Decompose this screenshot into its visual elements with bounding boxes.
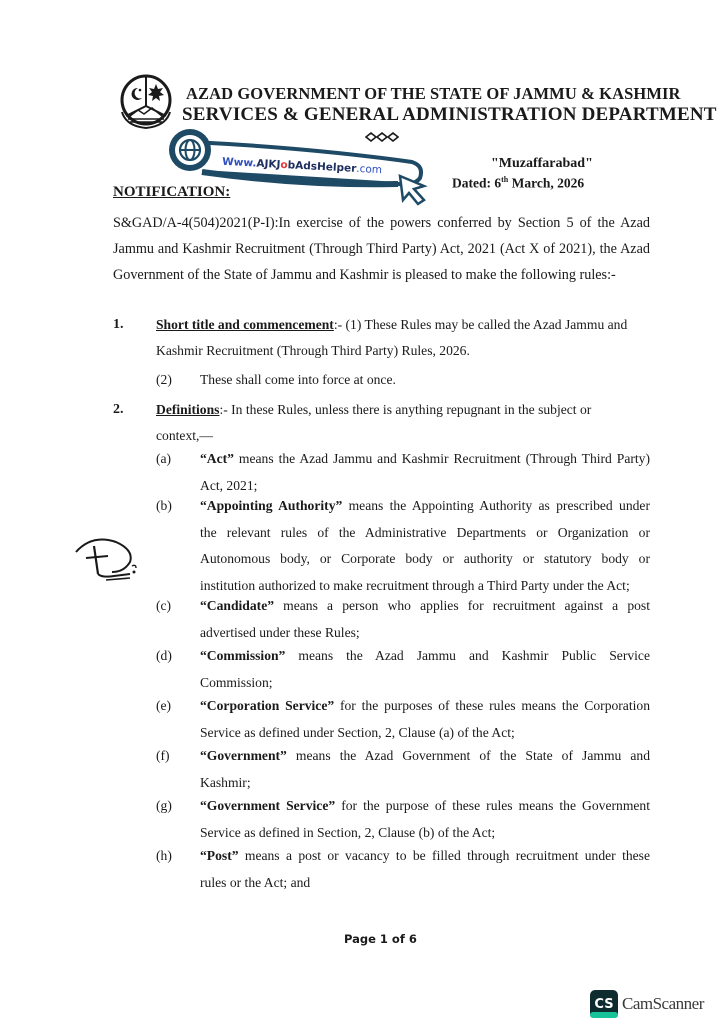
government-title: AZAD GOVERNMENT OF THE STATE OF JAMMU & … [186, 84, 681, 104]
rule-2-number: 2. [113, 402, 124, 418]
definition-line: Kashmir; [200, 775, 251, 791]
notification-title: NOTIFICATION: [113, 184, 230, 201]
rule-2-line-2: context,— [156, 428, 213, 444]
definition-line: rules or the Act; and [200, 875, 310, 891]
definition-term: “Government Service” [200, 798, 335, 813]
definition-line: Act, 2021; [200, 478, 257, 494]
definition-label: (d) [156, 648, 172, 664]
place-name: "Muzaffarabad" [491, 156, 593, 172]
definition-term: “Commission” [200, 648, 285, 663]
definition-label: (a) [156, 451, 171, 467]
definition-label: (c) [156, 598, 171, 614]
definition-term: “Candidate” [200, 598, 274, 613]
rule-2-line-1: Definitions:- In these Rules, unless the… [156, 402, 591, 418]
definition-line: Commission; [200, 675, 273, 691]
definition-line: Autonomous body, or Corporate body or au… [200, 551, 650, 567]
definition-line: “Commission” means the Azad Jammu and Ka… [200, 648, 650, 664]
definition-line: institution authorized to make recruitme… [200, 578, 630, 594]
definition-line: Service as defined in Section, 2, Clause… [200, 825, 495, 841]
camscanner-logo-icon: CS [590, 990, 618, 1023]
definition-label: (f) [156, 748, 170, 764]
department-title: SERVICES & GENERAL ADMINISTRATION DEPART… [182, 104, 717, 126]
rule-1-line-2: Kashmir Recruitment (Through Third Party… [156, 343, 470, 359]
definition-line: Service as defined under Section, 2, Cla… [200, 725, 515, 741]
rule-1-line-1: Short title and commencement:- (1) These… [156, 317, 627, 333]
handwritten-initials-icon [72, 532, 148, 591]
notification-date: Dated: 6th March, 2026 [452, 175, 584, 192]
definition-line: “Appointing Authority” means the Appoint… [200, 498, 650, 514]
camscanner-brand: CamScanner [622, 994, 704, 1014]
definition-line: the relevant rules of the Administrative… [200, 525, 650, 541]
page-number: Page 1 of 6 [344, 932, 417, 946]
rule-1-number: 1. [113, 317, 124, 333]
definition-label: (g) [156, 798, 172, 814]
definition-line: “Act” means the Azad Jammu and Kashmir R… [200, 451, 650, 467]
rule-1-sub-2-label: (2) [156, 372, 172, 388]
definition-term: “Corporation Service” [200, 698, 334, 713]
definition-term: “Appointing Authority” [200, 498, 342, 513]
preamble-paragraph: S&GAD/A-4(504)2021(P-I):In exercise of t… [113, 210, 650, 288]
svg-text:CS: CS [594, 997, 613, 1012]
definition-line: “Government” means the Azad Government o… [200, 748, 650, 764]
definition-label: (e) [156, 698, 171, 714]
definition-line: “Corporation Service” for the purposes o… [200, 698, 650, 714]
definition-label: (b) [156, 498, 172, 514]
definition-term: “Post” [200, 848, 239, 863]
definition-line: “Government Service” for the purpose of … [200, 798, 650, 814]
definition-label: (h) [156, 848, 172, 864]
definition-line: advertised under these Rules; [200, 625, 360, 641]
definition-line: “Post” means a post or vacancy to be fil… [200, 848, 650, 864]
definition-line: “Candidate” means a person who applies f… [200, 598, 650, 614]
rule-1-sub-2-text: These shall come into force at once. [200, 372, 396, 388]
definition-term: “Act” [200, 451, 234, 466]
definition-term: “Government” [200, 748, 287, 763]
